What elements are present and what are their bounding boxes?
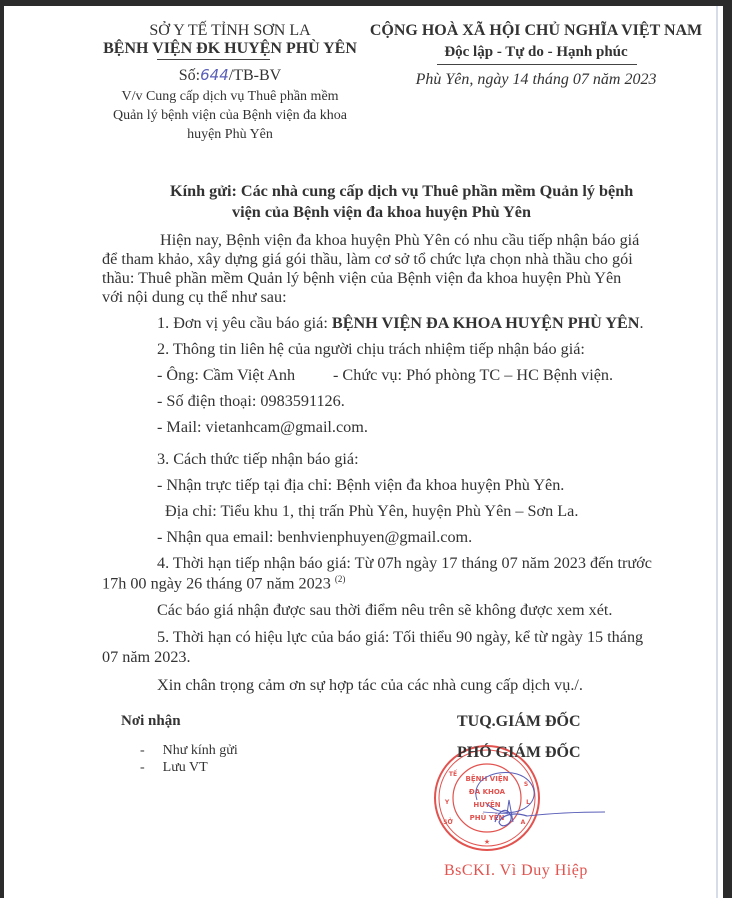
late-note: Các báo giá nhận được sau thời điểm nêu … (157, 601, 612, 620)
footnote-marker: (2) (335, 574, 346, 584)
svg-text:Y: Y (444, 799, 450, 806)
country-name: CỘNG HOÀ XÃ HỘI CHỦ NGHĨA VIỆT NAM (340, 22, 732, 40)
subject-line-3: huyện Phù Yên (80, 127, 380, 143)
subject-line-2: Quản lý bệnh viện của Bệnh viện đa khoa (80, 108, 380, 124)
item-1: 1. Đơn vị yêu cầu báo giá: BỆNH VIỆN ĐA … (157, 314, 644, 333)
addressee-line-1: Kính gửi: Các nhà cung cấp dịch vụ Thuê … (170, 182, 633, 201)
item-2: 2. Thông tin liên hệ của người chịu trác… (157, 340, 585, 359)
recipient-item-2: -Lưu VT (140, 760, 208, 776)
item-4-deadline: 17h 00 ngày 26 tháng 07 năm 2023 (102, 574, 335, 592)
intro-line-4: với nội dung cụ thể như sau: (102, 288, 287, 307)
bullet: - (140, 760, 145, 775)
page-edge (716, 6, 718, 898)
item-4-line-1: 4. Thời hạn tiếp nhận báo giá: Từ 07h ng… (157, 554, 652, 573)
number-handwritten: 644 (200, 66, 229, 84)
intro-line-1: Hiện nay, Bệnh viện đa khoa huyện Phù Yê… (160, 231, 639, 250)
intro-line-2: để tham khảo, xây dựng giá gói thầu, làm… (102, 250, 633, 269)
signature-scribble-icon (455, 760, 615, 840)
item-5-line-2: 07 năm 2023. (102, 648, 191, 667)
motto-underline (437, 64, 637, 65)
contact-name: - Ông: Cầm Việt Anh (157, 366, 295, 385)
on-behalf-title: TUQ.GIÁM ĐỐC (457, 713, 581, 731)
recipient-item-1: -Như kính gửi (140, 743, 238, 759)
agency-name: SỞ Y TẾ TỈNH SƠN LA (80, 22, 380, 40)
item-4-line-2: 17h 00 ngày 26 tháng 07 năm 2023 (2) (102, 574, 345, 593)
contact-mail: - Mail: vietanhcam@gmail.com. (157, 418, 368, 437)
contact-phone: - Số điện thoại: 0983591126. (157, 392, 345, 411)
document-number: Số:644/TB-BV (80, 66, 380, 85)
contact-title: - Chức vụ: Phó phòng TC – HC Bệnh viện. (333, 366, 613, 385)
receive-email: - Nhận qua email: benhvienphuyen@gmail.c… (157, 528, 472, 547)
number-suffix: /TB-BV (229, 67, 281, 84)
item-5-line-1: 5. Thời hạn có hiệu lực của báo giá: Tối… (157, 628, 643, 647)
recipients-title: Nơi nhận (121, 713, 181, 730)
item-1-value: BỆNH VIỆN ĐA KHOA HUYỆN PHÙ YÊN (332, 314, 640, 332)
item-1-end: . (640, 314, 644, 332)
national-motto: Độc lập - Tự do - Hạnh phúc (340, 44, 732, 61)
bullet: - (140, 743, 145, 758)
item-3: 3. Cách thức tiếp nhận báo giá: (157, 450, 359, 469)
recipient-label: Như kính gửi (163, 743, 238, 758)
addressee-line-2: viện của Bệnh viện đa khoa huyện Phù Yên (232, 203, 531, 222)
intro-line-3: thầu: Thuê phần mềm Quản lý bệnh viện củ… (102, 269, 621, 288)
svg-text:SỞ: SỞ (443, 818, 453, 826)
thanks: Xin chân trọng cảm ơn sự hợp tác của các… (157, 676, 583, 695)
receive-direct: - Nhận trực tiếp tại địa chỉ: Bệnh viện … (157, 476, 564, 495)
place-date: Phù Yên, ngày 14 tháng 07 năm 2023 (340, 71, 732, 89)
signer-name: BsCKI. Vì Duy Hiệp (444, 862, 588, 880)
recipient-label: Lưu VT (163, 760, 208, 775)
hospital-underline (157, 59, 270, 60)
number-prefix: Số: (179, 67, 200, 84)
item-1-label: 1. Đơn vị yêu cầu báo giá: (157, 314, 332, 332)
address: Địa chỉ: Tiểu khu 1, thị trấn Phù Yên, h… (165, 502, 578, 521)
subject-line-1: V/v Cung cấp dịch vụ Thuê phần mềm (80, 89, 380, 105)
hospital-name: BỆNH VIỆN ĐK HUYỆN PHÙ YÊN (80, 40, 380, 58)
